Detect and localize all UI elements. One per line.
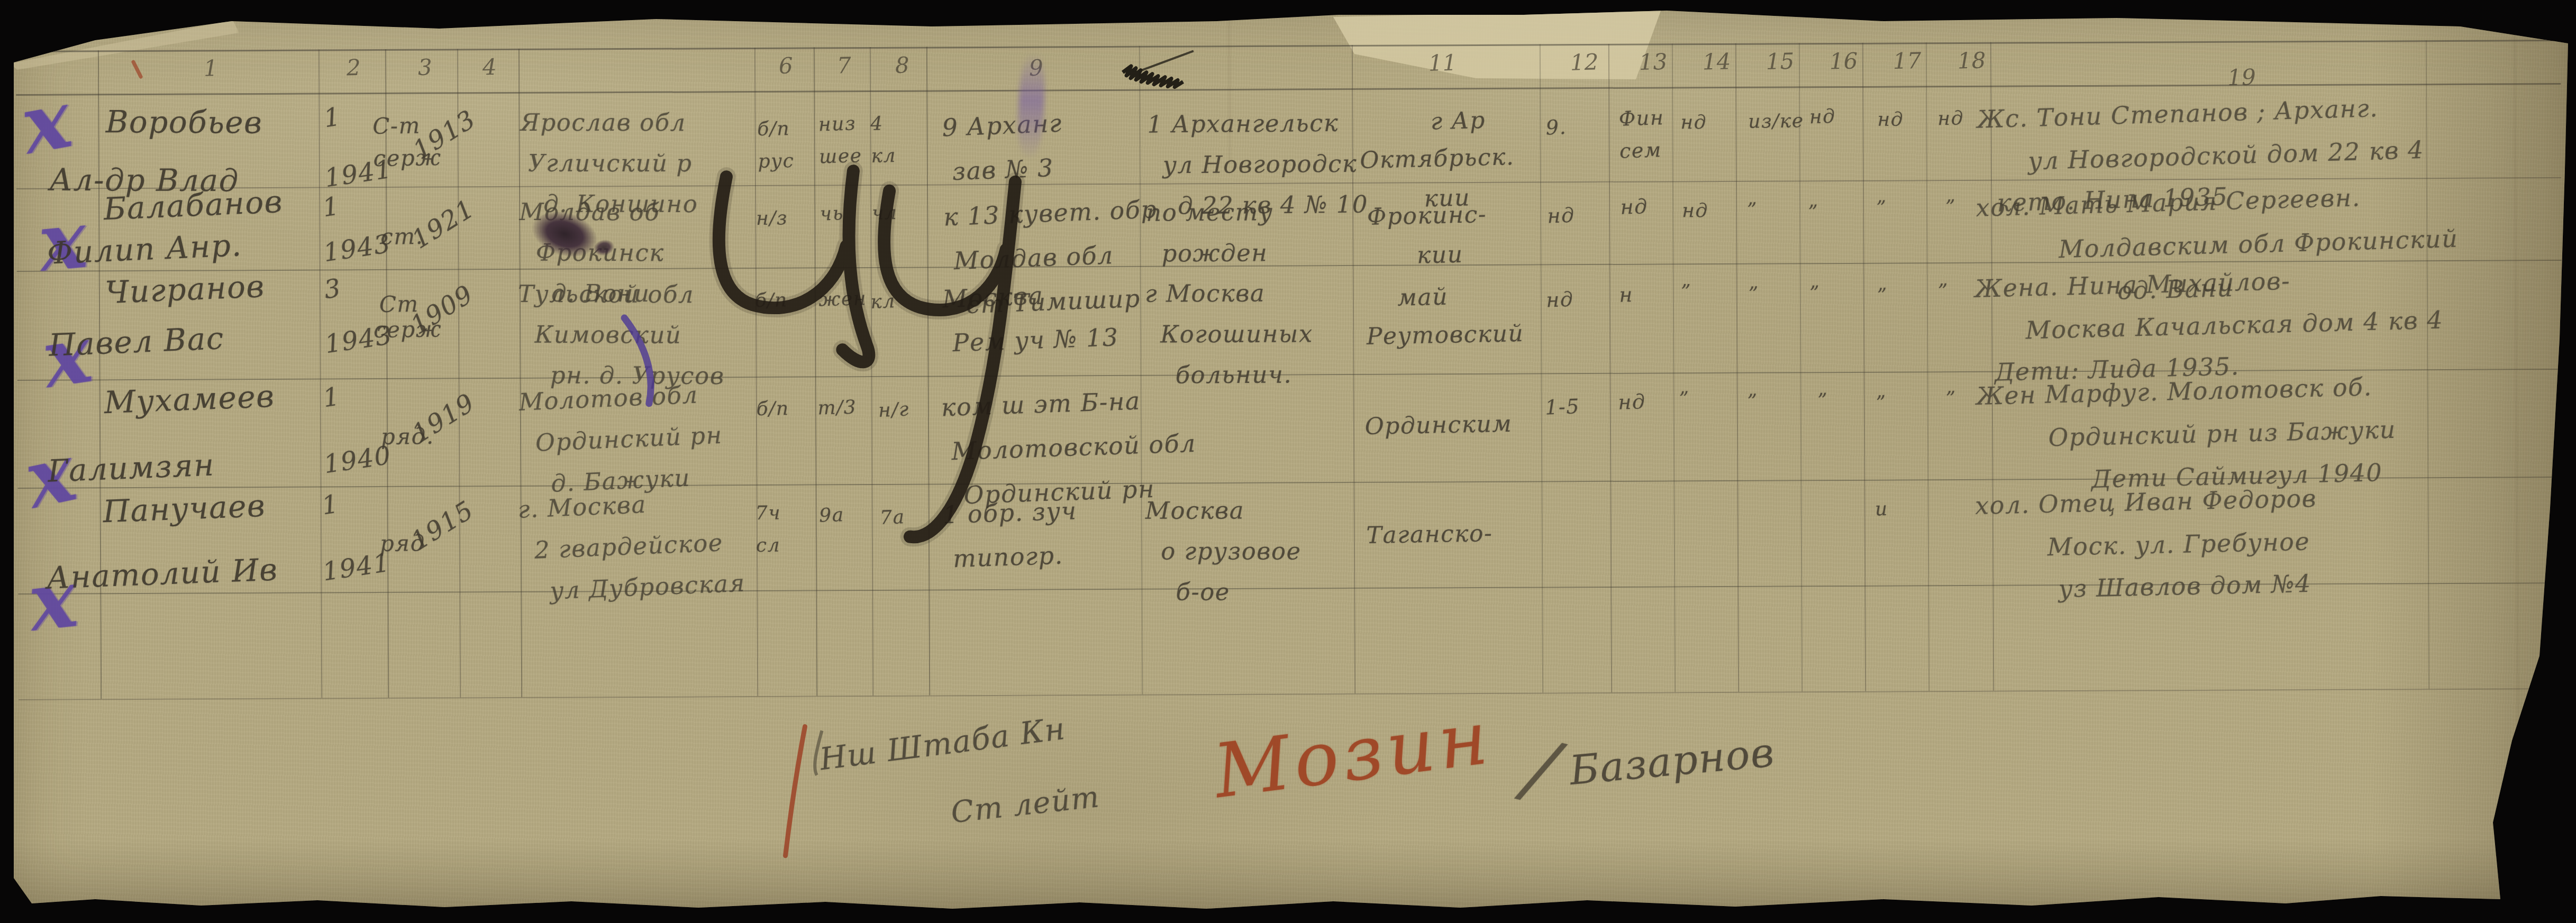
handwritten-cell-text: н	[1619, 283, 1634, 307]
handwritten-cell-text: ”	[1747, 199, 1758, 221]
grid-hline	[16, 40, 2561, 52]
footer-annotation-line2: Ст лейт	[949, 780, 1102, 830]
handwritten-cell-text: Галимзян	[47, 446, 215, 489]
handwritten-cell-text: г Ар	[1430, 107, 1486, 135]
handwritten-cell-text: ”	[1679, 388, 1690, 410]
column-number: 1	[204, 55, 219, 81]
handwritten-cell-text: ”	[1945, 196, 1956, 218]
handwritten-cell-text: сем	[1619, 138, 1662, 163]
handwritten-cell-text: к 13 кувет. обр	[943, 195, 1158, 231]
handwritten-cell-text: б/п	[757, 398, 789, 420]
handwritten-cell-text: ”	[1681, 281, 1691, 303]
red-signature: Мозин	[1209, 694, 1497, 815]
column-number: 6	[779, 52, 794, 79]
handwritten-cell-text: жен	[818, 288, 867, 310]
handwritten-cell-text: 9 Арханг	[942, 109, 1063, 142]
handwritten-cell-text: Москва	[1145, 497, 1244, 525]
grid-hline	[16, 83, 2561, 96]
column-number: 3	[418, 54, 433, 80]
grid-vline	[98, 50, 102, 699]
grid-vline	[1352, 45, 1355, 693]
handwritten-cell-text: н/з	[756, 207, 788, 230]
handwritten-cell-text: ул Новгородской дом 22 кв 4	[2027, 135, 2424, 176]
column-number: 17	[1892, 48, 1922, 74]
handwritten-cell-text: ”	[1946, 388, 1956, 409]
handwritten-cell-text: нд	[1682, 200, 1708, 222]
handwritten-cell-text: Ярослав обл	[521, 108, 686, 136]
handwritten-cell-text: кл	[871, 145, 896, 167]
handwritten-cell-text: г Москва	[1145, 279, 1266, 308]
handwritten-cell-text: Моск. ул. Гребуное	[2047, 527, 2310, 561]
grid-vline	[518, 49, 522, 697]
column-number: 16	[1829, 48, 1858, 74]
handwritten-cell-text: нд	[1618, 390, 1646, 414]
handwritten-cell-text: низ	[818, 113, 856, 135]
handwritten-cell-text: Кимовский	[534, 321, 681, 349]
grid-vline	[926, 47, 930, 696]
handwritten-cell-text: больнич.	[1175, 361, 1292, 389]
separator-slash: /	[1517, 722, 1566, 818]
handwritten-cell-text: 1921	[407, 194, 480, 255]
handwritten-cell-text: Угличский р	[528, 149, 693, 177]
grid-vline	[1672, 43, 1676, 692]
handwritten-cell-text: 9.	[1545, 115, 1567, 140]
handwritten-cell-text: уз Шавлов дом №4	[2058, 569, 2311, 603]
handwritten-cell-text: Чигранов	[104, 268, 266, 310]
grid-vline	[1862, 43, 1866, 691]
handwritten-cell-text: Павел Вас	[48, 320, 225, 363]
handwritten-cell-text: нд	[1547, 203, 1576, 227]
handwritten-cell-text: ”	[1876, 392, 1887, 414]
handwritten-cell-text: н/г	[878, 399, 909, 422]
handwritten-cell-text: Тульской обл	[518, 280, 694, 308]
handwritten-cell-text: Молотовской обл	[951, 429, 1196, 466]
handwritten-cell-text: 1	[322, 102, 343, 133]
footer-annotation-line1: Нш Штаба Кн	[817, 710, 1068, 777]
grid-vline	[318, 50, 322, 698]
handwritten-cell-text: 1	[320, 489, 341, 520]
pencil-signature: Базарнов	[1568, 728, 1777, 794]
handwritten-cell-text: 1919	[407, 388, 480, 449]
grid-vline	[1608, 44, 1612, 692]
handwritten-cell-text: 2 гвардейское	[534, 528, 724, 564]
handwritten-cell-text: зав № 3	[952, 153, 1054, 186]
handwritten-cell-text: Панучаев	[102, 488, 266, 529]
handwritten-cell-text: май	[1397, 284, 1449, 312]
grid-vline	[754, 48, 758, 696]
handwritten-cell-text: 1 Архангельск	[1147, 109, 1339, 139]
handwritten-cell-text: ”	[1749, 284, 1759, 305]
handwritten-cell-text: кии	[1417, 241, 1464, 269]
handwritten-cell-text: 1909	[405, 279, 478, 341]
handwritten-cell-text: ”	[1747, 391, 1758, 413]
handwritten-cell-text: 7а	[879, 506, 905, 529]
grid-hline	[19, 688, 2563, 700]
handwritten-cell-text: Анатолий Ив	[46, 551, 279, 596]
handwritten-cell-text: нд	[1546, 288, 1574, 312]
handwritten-cell-text: б-ое	[1176, 578, 1230, 606]
handwritten-cell-text: кл	[870, 290, 896, 313]
handwritten-cell-text: Ординским	[1364, 410, 1513, 440]
paper-sheet: 12346789111213141516171819 ххххх Воробье…	[0, 0, 2576, 923]
handwritten-cell-text: Мухамеев	[103, 378, 275, 421]
handwritten-cell-text: 1915	[406, 495, 479, 556]
grid-vline	[1926, 42, 1929, 691]
paper-crease-right	[2514, 26, 2519, 809]
column-number: 12	[1570, 49, 1599, 76]
scrawl-reading-label: 44	[794, 198, 798, 202]
handwritten-cell-text: Молотов обл	[518, 380, 699, 416]
handwritten-cell-text: нд	[1937, 108, 1964, 130]
handwritten-cell-text: по месту	[1146, 198, 1273, 226]
handwritten-cell-text: шее	[819, 145, 862, 168]
handwritten-cell-text: Когошиных	[1160, 319, 1313, 348]
handwritten-cell-text: рожден	[1161, 239, 1268, 267]
handwritten-cell-text: 4	[870, 113, 884, 135]
handwritten-cell-text: нд	[1620, 195, 1648, 219]
handwritten-cell-text: ”	[1809, 282, 1821, 305]
handwritten-cell-text: Жена. Нина Михайлов-	[1974, 267, 2291, 303]
grid-vline	[1540, 44, 1543, 692]
grid-vline	[1799, 43, 1803, 691]
handwritten-cell-text: т/3	[817, 397, 857, 419]
handwritten-cell-text: С-т	[372, 113, 421, 139]
handwritten-cell-text: Рем уч № 13	[952, 323, 1119, 357]
handwritten-cell-text: Молдавским обл Фрокинский	[2058, 224, 2459, 263]
handwritten-cell-text: Балабанов	[103, 184, 284, 227]
document-content: 12346789111213141516171819 ххххх Воробье…	[0, 0, 2576, 923]
grid-vline	[870, 47, 873, 696]
column-number: 8	[895, 52, 909, 78]
handwritten-cell-text: Фрокинс-	[1367, 201, 1487, 231]
handwritten-cell-text: из/ке	[1748, 110, 1804, 133]
grid-vline	[814, 47, 817, 696]
handwritten-cell-text: ”	[1876, 197, 1887, 219]
column-number: 18	[1957, 47, 1986, 74]
handwritten-cell-text: о грузовое	[1161, 537, 1301, 565]
handwritten-cell-text: типогр.	[952, 541, 1063, 573]
handwritten-cell-text: хол. Отец Иван Федоров	[1975, 484, 2317, 520]
handwritten-cell-text: Москва Качальская дом 4 кв 4	[2025, 306, 2444, 345]
handwritten-cell-text: 1-5	[1544, 395, 1580, 419]
handwritten-cell-text: ул Дубровская	[549, 569, 745, 605]
handwritten-cell-text: нд	[1878, 109, 1904, 131]
handwritten-cell-text: б/п	[755, 289, 788, 312]
paper-crease-top	[1228, 17, 1231, 165]
grid-vline	[1990, 42, 1994, 691]
handwritten-cell-text: и	[1874, 498, 1888, 520]
purple-smudge	[1016, 53, 1046, 158]
handwritten-cell-text: Таганско-	[1366, 520, 1493, 549]
ink-scribble	[1123, 51, 1194, 87]
handwritten-cell-text: ”	[1808, 202, 1819, 224]
handwritten-cell-text: Молдав обл	[953, 241, 1114, 275]
handwritten-cell-text: нд	[1809, 106, 1836, 128]
handwritten-cell-text: 1	[321, 381, 342, 413]
column-number: 4	[483, 54, 497, 80]
handwritten-cell-text: ”	[1817, 390, 1828, 412]
grid-vline	[1139, 46, 1143, 694]
handwritten-cell-text: Ординский рн из Бажуки	[2048, 415, 2396, 452]
handwritten-cell-text: нд	[1681, 112, 1707, 133]
handwritten-cell-text: сл	[756, 535, 780, 556]
handwritten-cell-text: ”	[1938, 280, 1949, 302]
column-number: 13	[1639, 49, 1668, 75]
handwritten-cell-text: Ординский рн	[535, 421, 723, 457]
grid-vline	[1735, 43, 1739, 692]
handwritten-cell-text: Жс. Тони Степанов ; Арханг.	[1977, 94, 2379, 134]
scanned-document-screenshot: { "document": { "type": "Рукописный учёт…	[0, 0, 2576, 923]
handwritten-cell-text: б/п	[757, 118, 790, 140]
handwritten-cell-text: 1	[321, 191, 342, 223]
handwritten-cell-text: Воробьев	[106, 104, 263, 140]
column-number: 2	[347, 54, 361, 81]
grid-vline	[2426, 40, 2429, 689]
column-number: 11	[1428, 50, 1457, 76]
handwritten-cell-text: ул Новгородск	[1163, 150, 1358, 179]
grid-vline	[457, 49, 461, 697]
handwritten-cell-text: г. Москва	[517, 490, 647, 524]
handwritten-cell-text: рус	[758, 150, 794, 172]
handwritten-cell-text: 3	[322, 273, 343, 305]
handwritten-cell-text: чь	[820, 203, 844, 225]
handwritten-cell-text: Фин	[1618, 106, 1664, 131]
handwritten-cell-text: ком ш эт Б-на	[941, 387, 1141, 422]
handwritten-cell-text: 1 обр. зуч	[942, 496, 1077, 529]
handwritten-cell-text: ”	[1877, 285, 1888, 307]
handwritten-cell-text: Реутовский	[1366, 320, 1524, 350]
column-number: 15	[1765, 48, 1795, 75]
handwritten-cell-text: Октябрьск.	[1360, 143, 1515, 174]
column-number: 7	[836, 52, 851, 79]
handwritten-cell-text: 9а	[819, 504, 844, 526]
handwritten-cell-text: 7ч	[755, 502, 781, 524]
handwritten-cell-text: чл	[871, 202, 897, 224]
purple-check-mark: х	[15, 72, 79, 172]
handwritten-cell-text: Филип Анр.	[47, 227, 243, 271]
column-number: 14	[1702, 48, 1731, 75]
column-number: 19	[2227, 64, 2256, 90]
handwritten-cell-text: Москва	[942, 281, 1044, 314]
